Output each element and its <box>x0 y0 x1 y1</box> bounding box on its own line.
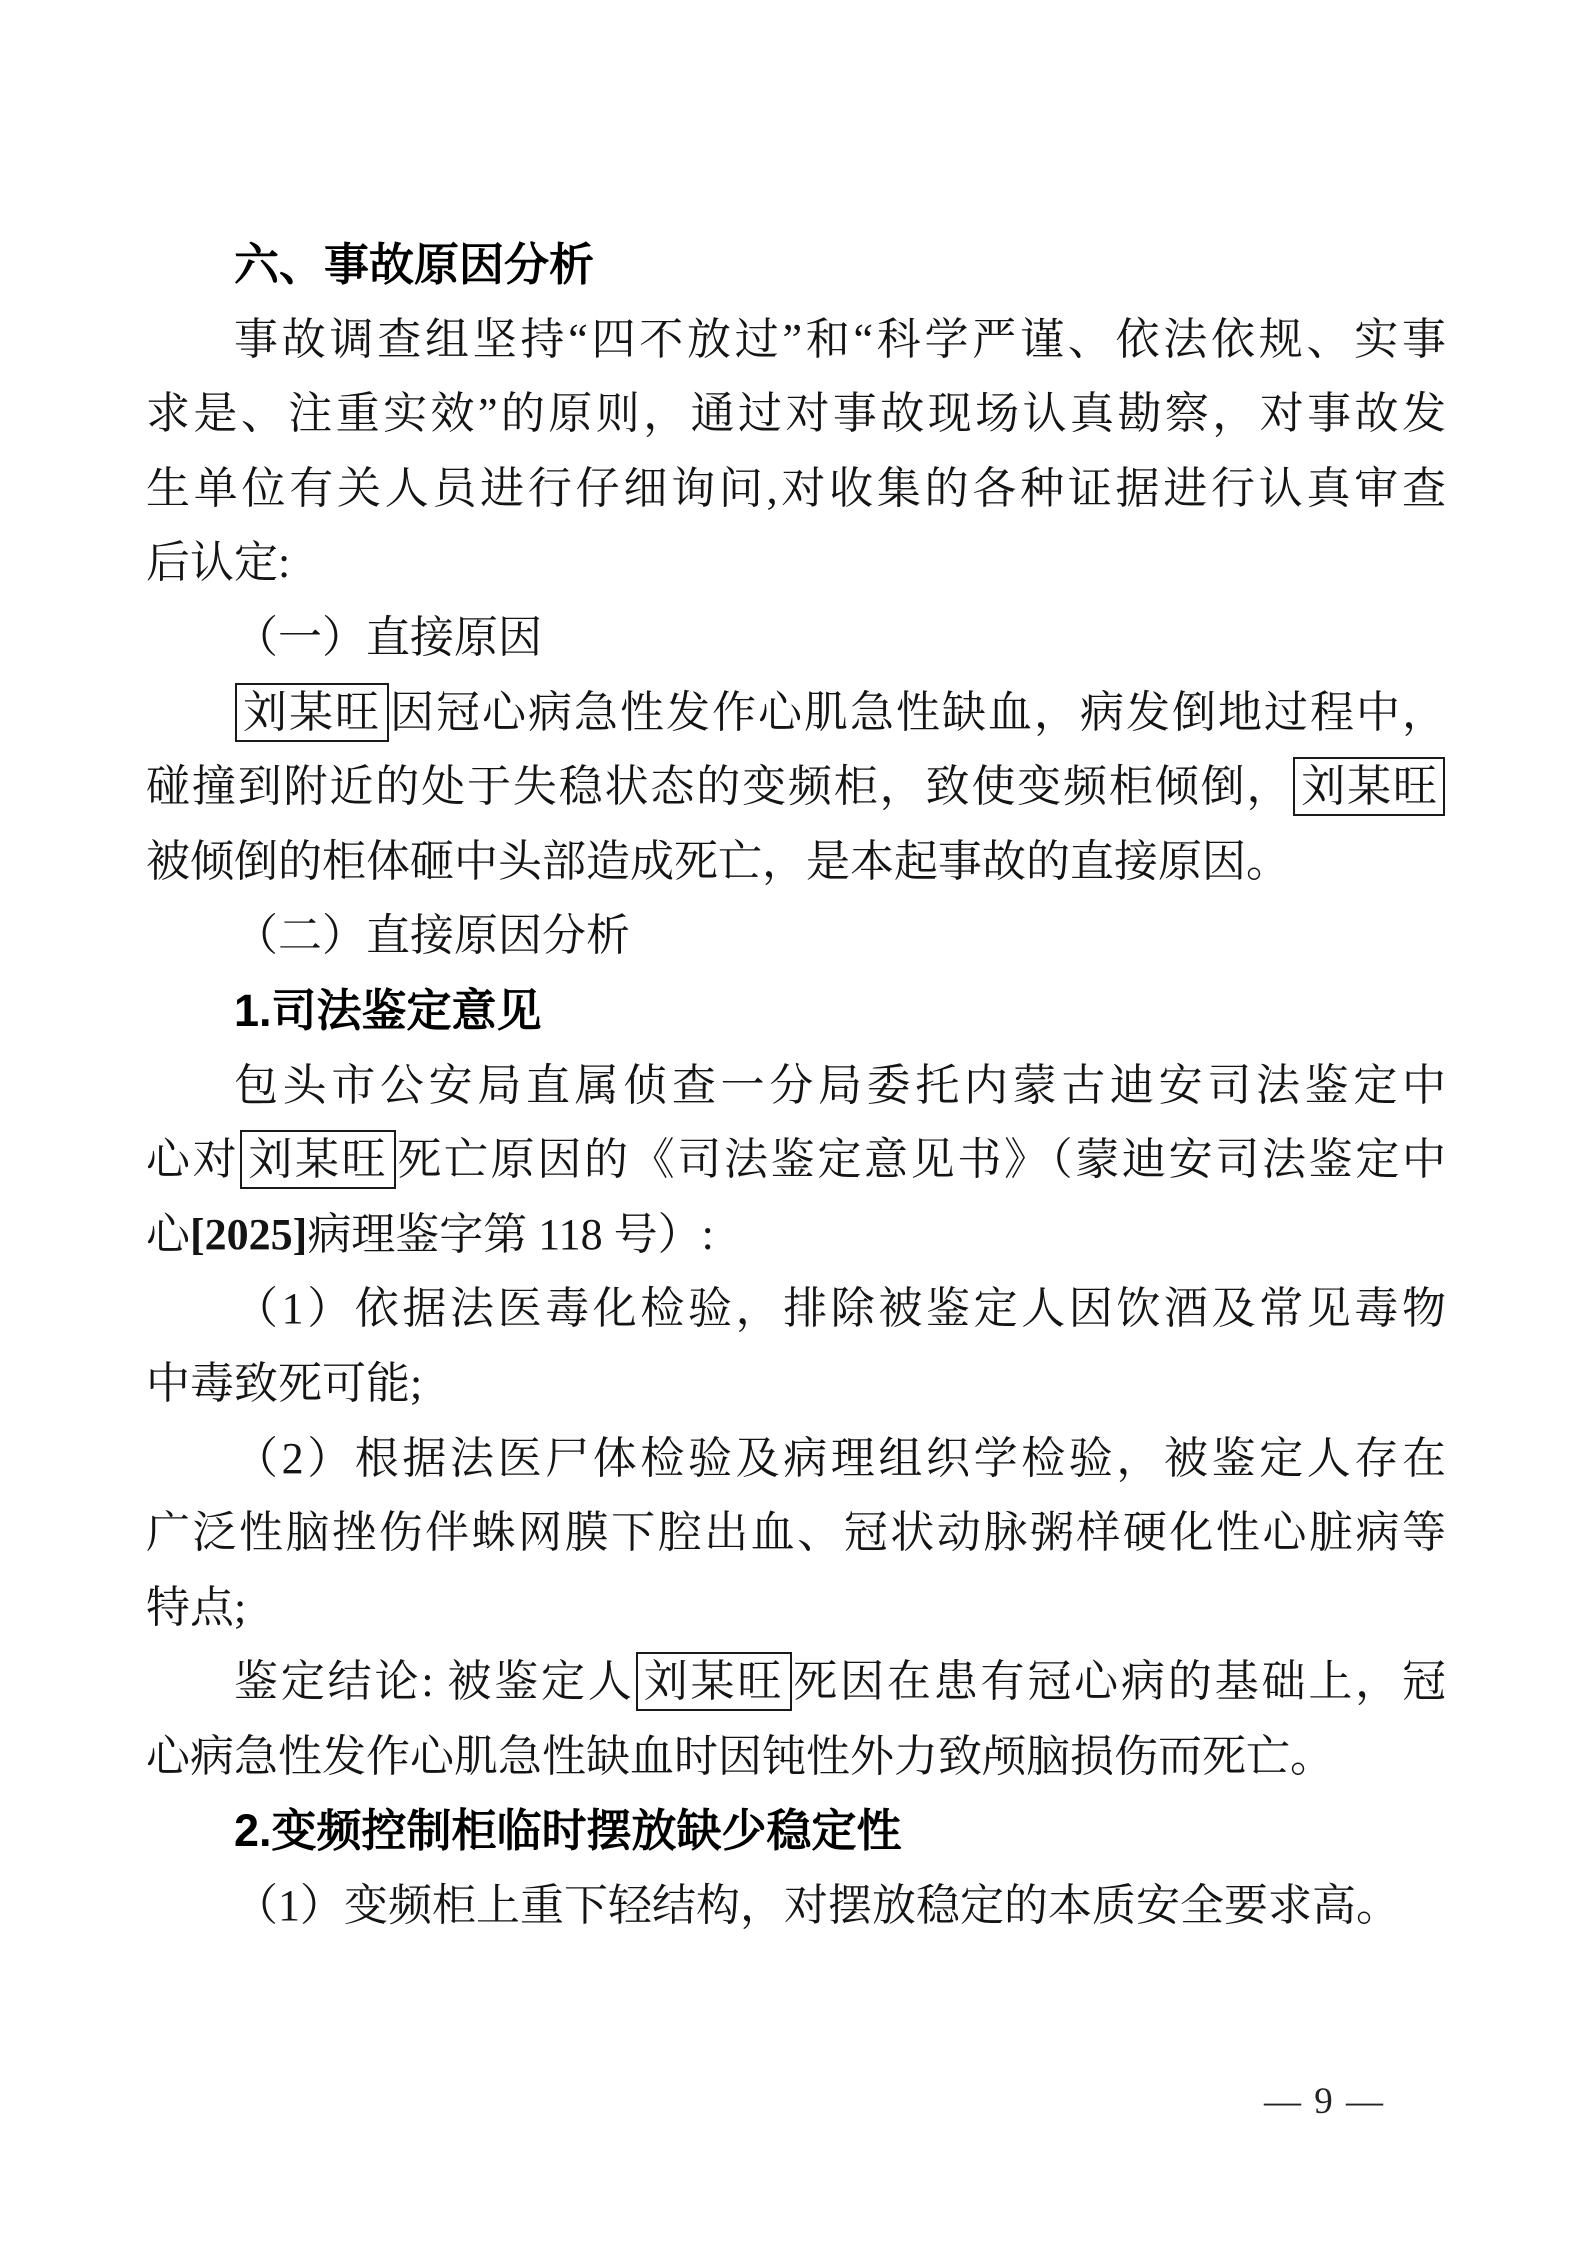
paragraph-line: 刘某旺因冠心病急性发作心肌急性缺血，病发倒地过程中， <box>146 676 1446 751</box>
paragraph-line: 心[2025]病理鉴字第 118 号）: <box>146 1198 1446 1273</box>
paragraph-line: 被倾倒的柜体砸中头部造成死亡，是本起事故的直接原因。 <box>146 825 1446 900</box>
numbered-heading: 2.变频控制柜临时摆放缺少稳定性 <box>146 1794 1446 1869</box>
text-run: 碰撞到附近的处于失稳状态的变频柜，致使变频柜倾倒， <box>146 762 1292 811</box>
page-number: — 9 — <box>1264 2082 1385 2122</box>
paragraph-line: 碰撞到附近的处于失稳状态的变频柜，致使变频柜倾倒，刘某旺 <box>146 750 1446 825</box>
text-run: 鉴定结论: 被鉴定人 <box>234 1657 635 1706</box>
text-run: 广泛性脑挫伤伴蛛网膜下腔出血、冠状动脉粥样硬化性心脏病等 <box>146 1508 1446 1557</box>
document-page: 六、事故原因分析事故调查组坚持“四不放过”和“科学严谨、依法依规、实事求是、注重… <box>0 0 1587 2245</box>
text-run: 生单位有关人员进行仔细询问,对收集的各种证据进行认真审查 <box>146 464 1446 513</box>
paragraph-line: 心对刘某旺死亡原因的《司法鉴定意见书》（蒙迪安司法鉴定中 <box>146 1123 1446 1198</box>
paragraph-line: （2）根据法医尸体检验及病理组织学检验，被鉴定人存在 <box>146 1422 1446 1497</box>
text-run: 包头市公安局直属侦查一分局委托内蒙古迪安司法鉴定中 <box>234 1061 1446 1110</box>
text-run: （1）依据法医毒化检验，排除被鉴定人因饮酒及常见毒物 <box>234 1284 1446 1333</box>
section-heading: 六、事故原因分析 <box>146 228 1446 303</box>
redacted-name-box: 刘某旺 <box>240 1130 396 1189</box>
paragraph-line: 生单位有关人员进行仔细询问,对收集的各种证据进行认真审查 <box>146 452 1446 527</box>
subsection-heading: （二）直接原因分析 <box>146 899 1446 974</box>
text-run: 六、事故原因分析 <box>234 239 594 290</box>
paragraph-line: 特点; <box>146 1571 1446 1646</box>
text-run: 死亡原因的《司法鉴定意见书》（蒙迪安司法鉴定中 <box>397 1135 1446 1184</box>
text-run: 2.变频控制柜临时摆放缺少稳定性 <box>234 1805 902 1856</box>
paragraph-line: 包头市公安局直属侦查一分局委托内蒙古迪安司法鉴定中 <box>146 1049 1446 1124</box>
text-run: [2025] <box>190 1210 307 1259</box>
text-run: 心病急性发作心肌急性缺血时因钝性外力致颅脑损伤而死亡。 <box>146 1732 1334 1781</box>
paragraph-line: 中毒致死可能; <box>146 1347 1446 1422</box>
text-run: 求是、注重实效”的原则，通过对事故现场认真勘察，对事故发 <box>146 389 1446 438</box>
text-run: 1.司法鉴定意见 <box>234 985 542 1036</box>
text-run: 因冠心病急性发作心肌急性缺血，病发倒地过程中， <box>390 688 1446 737</box>
numbered-heading: 1.司法鉴定意见 <box>146 974 1446 1049</box>
paragraph-line: 求是、注重实效”的原则，通过对事故现场认真勘察，对事故发 <box>146 377 1446 452</box>
text-run: （一）直接原因 <box>234 613 542 662</box>
document-body: 六、事故原因分析事故调查组坚持“四不放过”和“科学严谨、依法依规、实事求是、注重… <box>146 228 1446 1944</box>
paragraph-line: 心病急性发作心肌急性缺血时因钝性外力致颅脑损伤而死亡。 <box>146 1720 1446 1795</box>
text-run: 病理鉴字第 118 号）: <box>307 1210 714 1259</box>
text-run: （1）变频柜上重下轻结构，对摆放稳定的本质安全要求高。 <box>234 1881 1400 1930</box>
redacted-name-box: 刘某旺 <box>636 1652 793 1711</box>
paragraph-line: 鉴定结论: 被鉴定人刘某旺死因在患有冠心病的基础上，冠 <box>146 1645 1446 1720</box>
paragraph-line: 广泛性脑挫伤伴蛛网膜下腔出血、冠状动脉粥样硬化性心脏病等 <box>146 1496 1446 1571</box>
text-run: 事故调查组坚持“四不放过”和“科学严谨、依法依规、实事 <box>234 315 1446 364</box>
subsection-heading: （一）直接原因 <box>146 601 1446 676</box>
text-run: 被倾倒的柜体砸中头部造成死亡，是本起事故的直接原因。 <box>146 837 1290 886</box>
paragraph-line: （1）变频柜上重下轻结构，对摆放稳定的本质安全要求高。 <box>146 1869 1446 1944</box>
text-run: 心 <box>146 1210 190 1259</box>
text-run: 特点; <box>146 1583 246 1632</box>
text-run: （二）直接原因分析 <box>234 911 630 960</box>
text-run: 死因在患有冠心病的基础上，冠 <box>793 1657 1446 1706</box>
redacted-name-box: 刘某旺 <box>1293 757 1445 816</box>
paragraph-line: 后认定: <box>146 526 1446 601</box>
text-run: 后认定: <box>146 538 290 587</box>
paragraph-line: （1）依据法医毒化检验，排除被鉴定人因饮酒及常见毒物 <box>146 1272 1446 1347</box>
paragraph-line: 事故调查组坚持“四不放过”和“科学严谨、依法依规、实事 <box>146 303 1446 378</box>
text-run: 心对 <box>146 1135 239 1184</box>
text-run: 中毒致死可能; <box>146 1359 422 1408</box>
text-run: （2）根据法医尸体检验及病理组织学检验，被鉴定人存在 <box>234 1434 1446 1483</box>
redacted-name-box: 刘某旺 <box>235 683 389 742</box>
